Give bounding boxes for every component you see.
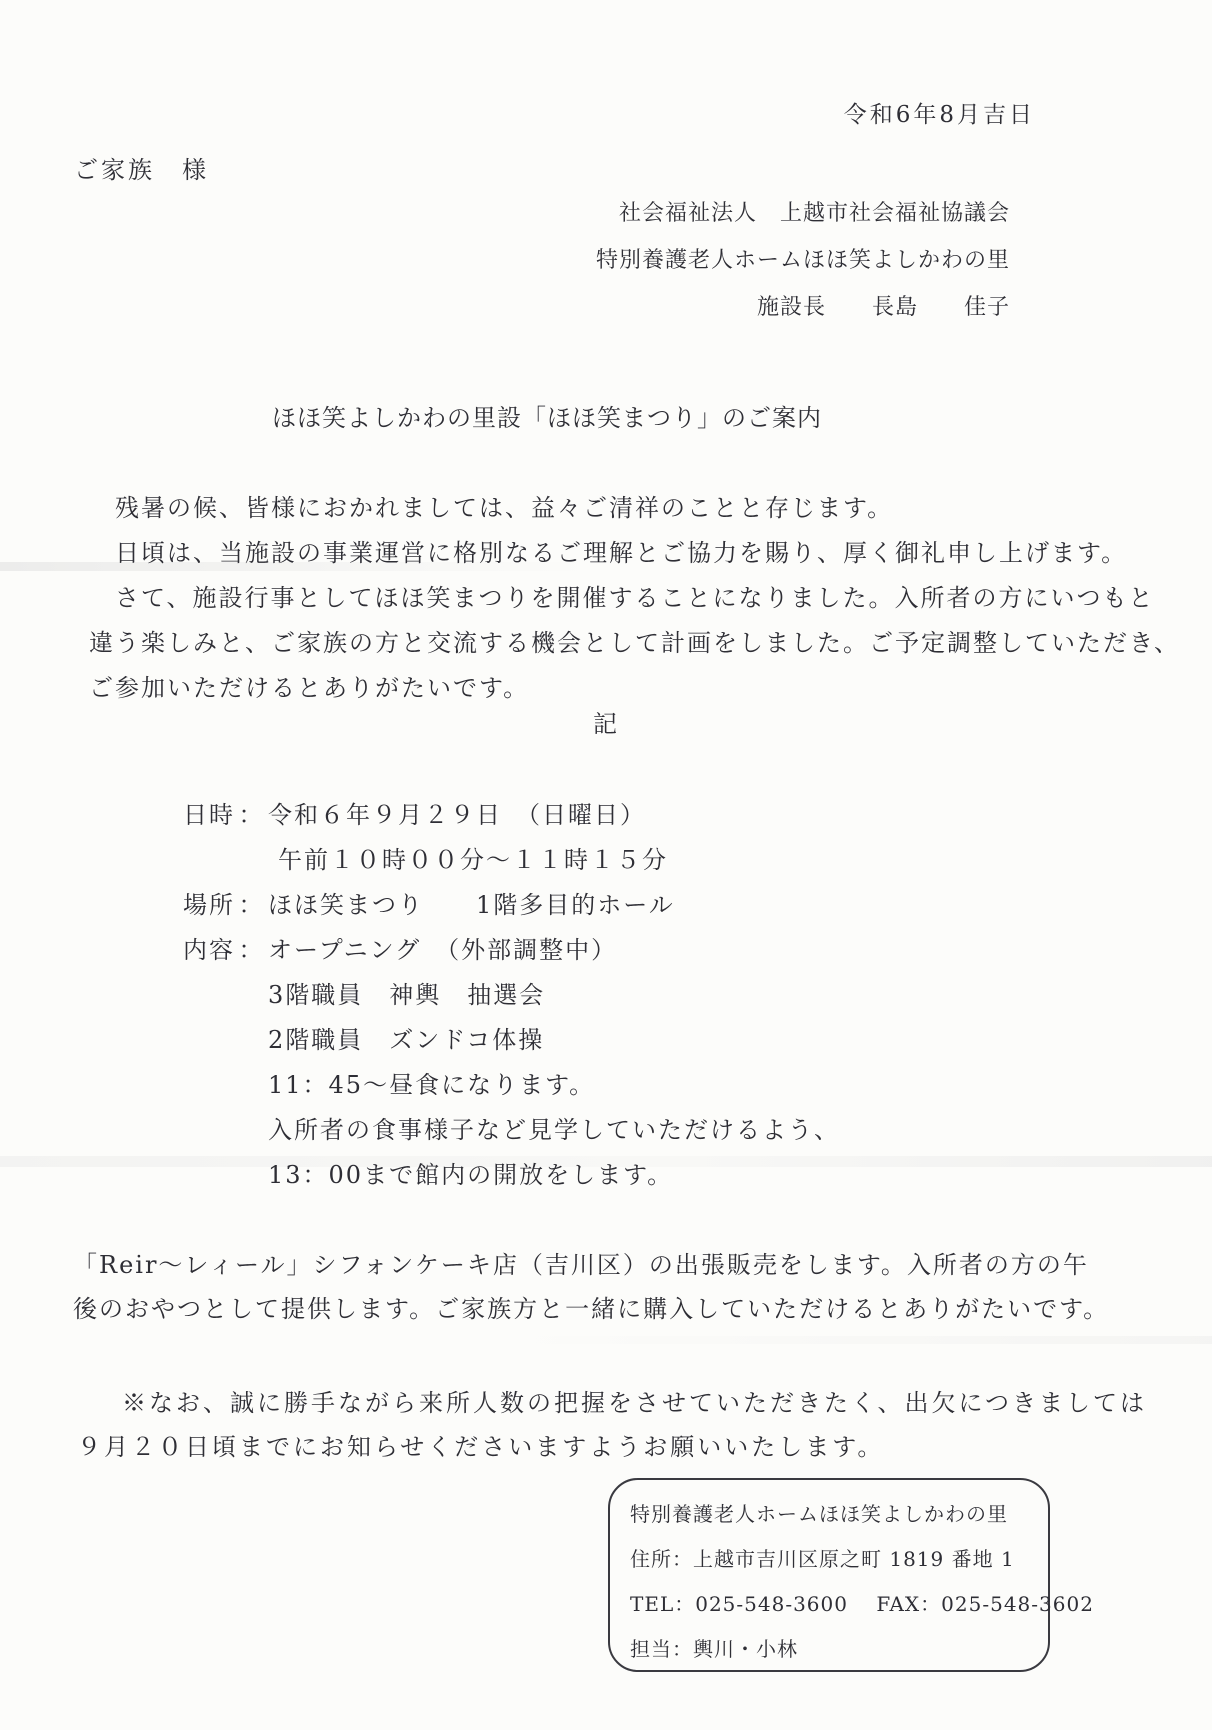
detail-row-visit: 入所者の食事様子など見学していただけるよう、 xyxy=(183,1108,840,1153)
letter-body: 残暑の候、皆様におかれましては、益々ご清祥のことと存じます。 日頃は、当施設の事… xyxy=(89,486,1165,711)
body-line: 日頃は、当施設の事業運営に格別なるご理解とご協力を賜り、厚く御礼申し上げます。 xyxy=(89,531,1165,576)
detail-label xyxy=(183,1108,235,1153)
detail-label xyxy=(183,1153,235,1198)
sender-director: 施設長 長島 佳子 xyxy=(596,284,1010,331)
letter-date: 令和6年8月吉日 xyxy=(844,96,1035,129)
contact-person: 担当：輿川・小林 xyxy=(630,1627,1048,1672)
detail-value: 午前１０時００分～１１時１５分 xyxy=(268,838,668,883)
detail-colon xyxy=(235,1018,268,1063)
detail-label xyxy=(183,1063,235,1108)
body-line: 違う楽しみと、ご家族の方と交流する機会として計画をしました。ご予定調整していただ… xyxy=(89,621,1165,666)
letter-title: ほほ笑よしかわの里設「ほほ笑まつり」のご案内 xyxy=(272,398,822,433)
contact-facility: 特別養護老人ホームほほ笑よしかわの里 xyxy=(630,1492,1048,1537)
detail-row-lunch: 11：45～昼食になります。 xyxy=(183,1063,840,1108)
sender-organization: 社会福祉法人 上越市社会福祉協議会 xyxy=(596,190,1010,237)
detail-row-content: 内容 ： オープニング （外部調整中） xyxy=(183,928,840,973)
detail-colon xyxy=(235,1153,268,1198)
ki-marker: 記 xyxy=(0,704,1212,739)
recipient-name: ご家族 様 xyxy=(74,150,209,185)
sender-block: 社会福祉法人 上越市社会福祉協議会 特別養護老人ホームほほ笑よしかわの里 施設長… xyxy=(596,190,1010,331)
detail-colon: ： xyxy=(235,883,268,928)
contact-address: 住所：上越市吉川区原之町 1819 番地 1 xyxy=(630,1537,1048,1582)
detail-label xyxy=(183,838,235,883)
contact-tel-fax: TEL：025-548-3600 FAX：025-548-3602 xyxy=(630,1582,1048,1627)
body-line: さて、施設行事としてほほ笑まつりを開催することになりました。入所者の方にいつもと xyxy=(89,576,1165,621)
detail-label xyxy=(183,1018,235,1063)
letter-page: 令和6年8月吉日 ご家族 様 社会福祉法人 上越市社会福祉協議会 特別養護老人ホ… xyxy=(0,0,1212,1730)
note-line: ９月２０日頃までにお知らせくださいますようお願いいたします。 xyxy=(77,1425,1157,1469)
detail-value: 3階職員 神輿 抽選会 xyxy=(268,973,545,1018)
detail-label xyxy=(183,973,235,1018)
detail-value: 入所者の食事様子など見学していただけるよう、 xyxy=(268,1108,840,1153)
detail-value: ほほ笑まつり 1階多目的ホール xyxy=(268,883,675,928)
sales-paragraph: 「Reir～レィール」シフォンケーキ店（吉川区）の出張販売をします。入所者の方の… xyxy=(73,1243,1163,1331)
detail-label: 場所 xyxy=(183,883,235,928)
detail-value: 令和６年９月２９日 （日曜日） xyxy=(268,793,646,838)
detail-row-place: 場所 ： ほほ笑まつり 1階多目的ホール xyxy=(183,883,840,928)
detail-colon xyxy=(235,1063,268,1108)
detail-value: オープニング （外部調整中） xyxy=(268,928,617,973)
detail-row-program: 2階職員 ズンドコ体操 xyxy=(183,1018,840,1063)
contact-box: 特別養護老人ホームほほ笑よしかわの里 住所：上越市吉川区原之町 1819 番地 … xyxy=(608,1478,1050,1672)
detail-row-datetime: 日時 ： 令和６年９月２９日 （日曜日） xyxy=(183,793,840,838)
detail-colon: ： xyxy=(235,793,268,838)
sales-line: 後のおやつとして提供します。ご家族方と一緒に購入していただけるとありがたいです。 xyxy=(73,1287,1163,1331)
detail-colon xyxy=(235,1108,268,1153)
detail-row-program: 3階職員 神輿 抽選会 xyxy=(183,973,840,1018)
detail-value: 11：45～昼食になります。 xyxy=(268,1063,595,1108)
event-details: 日時 ： 令和６年９月２９日 （日曜日） 午前１０時００分～１１時１５分 場所 … xyxy=(183,793,840,1198)
sales-line: 「Reir～レィール」シフォンケーキ店（吉川区）の出張販売をします。入所者の方の… xyxy=(73,1243,1163,1287)
sender-facility: 特別養護老人ホームほほ笑よしかわの里 xyxy=(596,237,1010,284)
detail-colon xyxy=(235,973,268,1018)
note-line: ※なお、誠に勝手ながら来所人数の把握をさせていただきたく、出欠につきましては xyxy=(77,1381,1157,1425)
detail-label: 日時 xyxy=(183,793,235,838)
body-line: 残暑の候、皆様におかれましては、益々ご清祥のことと存じます。 xyxy=(89,486,1165,531)
detail-value: 2階職員 ズンドコ体操 xyxy=(268,1018,544,1063)
scan-artifact xyxy=(0,1336,1212,1344)
detail-colon xyxy=(235,838,268,883)
detail-colon: ： xyxy=(235,928,268,973)
detail-row-open: 13：00まで館内の開放をします。 xyxy=(183,1153,840,1198)
detail-label: 内容 xyxy=(183,928,235,973)
detail-value: 13：00まで館内の開放をします。 xyxy=(268,1153,673,1198)
detail-row-time: 午前１０時００分～１１時１５分 xyxy=(183,838,840,883)
rsvp-note: ※なお、誠に勝手ながら来所人数の把握をさせていただきたく、出欠につきましては ９… xyxy=(77,1381,1157,1469)
